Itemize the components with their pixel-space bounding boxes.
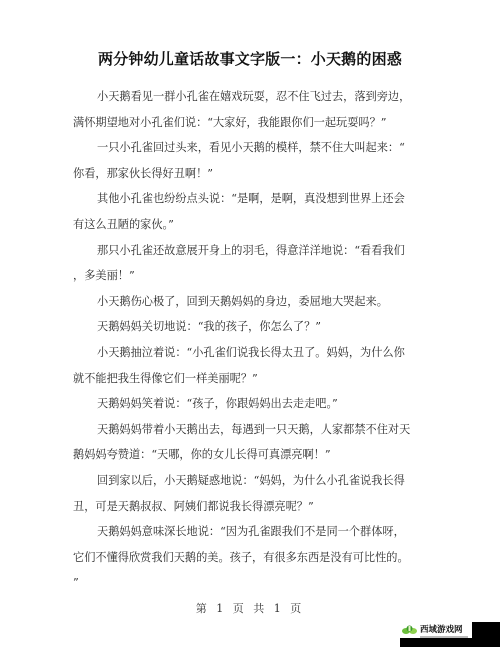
watermark-text: 西域游戏网 bbox=[420, 625, 463, 635]
body-line: 那只小孔雀还故意展开身上的羽毛，得意洋洋地说：“看看我们 bbox=[73, 238, 429, 264]
body-line: 有这么丑陋的家伙。” bbox=[73, 212, 429, 238]
body-line: 丑，可是天鹅叔叔、阿姨们都说我长得漂亮呢？” bbox=[73, 494, 429, 520]
body-line: 天鹅妈妈带着小天鹅出去，每遇到一只天鹅，人家都禁不住对天 bbox=[73, 417, 429, 443]
green-leaf-logo-icon bbox=[402, 624, 417, 636]
body-line: ” bbox=[73, 570, 429, 596]
document-title: 两分钟幼儿童话故事文字版一：小天鹅的困惑 bbox=[0, 48, 500, 69]
body-line: 其他小孔雀也纷纷点头说：“是啊，是啊，真没想到世界上还会 bbox=[73, 186, 429, 212]
body-line: 满怀期望地对小孔雀们说：“大家好，我能跟你们一起玩耍吗？” bbox=[73, 110, 429, 136]
body-line: 它们不懂得欣赏我们天鹅的美。孩子，有很多东西是没有可比性的。 bbox=[73, 545, 429, 571]
body-line: 回到家以后，小天鹅疑惑地说：“妈妈，为什么小孔雀说我长得 bbox=[73, 468, 429, 494]
body-line: 一只小孔雀回过头来，看见小天鹅的模样，禁不住大叫起来：“ bbox=[73, 135, 429, 161]
body-line: 你看，那家伙长得好丑啊！” bbox=[73, 161, 429, 187]
body-line: 天鹅妈妈笑着说：“孩子，你跟妈妈出去走走吧。” bbox=[73, 391, 429, 417]
watermark-subtitle-bar bbox=[420, 636, 468, 638]
body-line: 小天鹅伤心极了，回到天鹅妈妈的身边，委屈地大哭起来。 bbox=[73, 289, 429, 315]
body-line: 天鹅妈妈关切地说：“我的孩子，你怎么了？” bbox=[73, 314, 429, 340]
page-number: 第 1 页 共 1 页 bbox=[0, 600, 500, 616]
body-line: 鹅妈妈夸赞道：“天哪，你的女儿长得可真漂亮啊！” bbox=[73, 442, 429, 468]
body-line: 小天鹅抽泣着说：“小孔雀们说我长得太丑了。妈妈，为什么你 bbox=[73, 340, 429, 366]
body-line: 就不能把我生得像它们一样美丽呢？” bbox=[73, 366, 429, 392]
body-line: 小天鹅看见一群小孔雀在嬉戏玩耍，忍不住飞过去，落到旁边， bbox=[73, 84, 429, 110]
body-line: ，多美丽！” bbox=[73, 263, 429, 289]
document-body: 小天鹅看见一群小孔雀在嬉戏玩耍，忍不住飞过去，落到旁边， 满怀期望地对小孔雀们说… bbox=[73, 84, 429, 596]
body-line: 天鹅妈妈意味深长地说：“因为孔雀跟我们不是同一个群体呀， bbox=[73, 519, 429, 545]
